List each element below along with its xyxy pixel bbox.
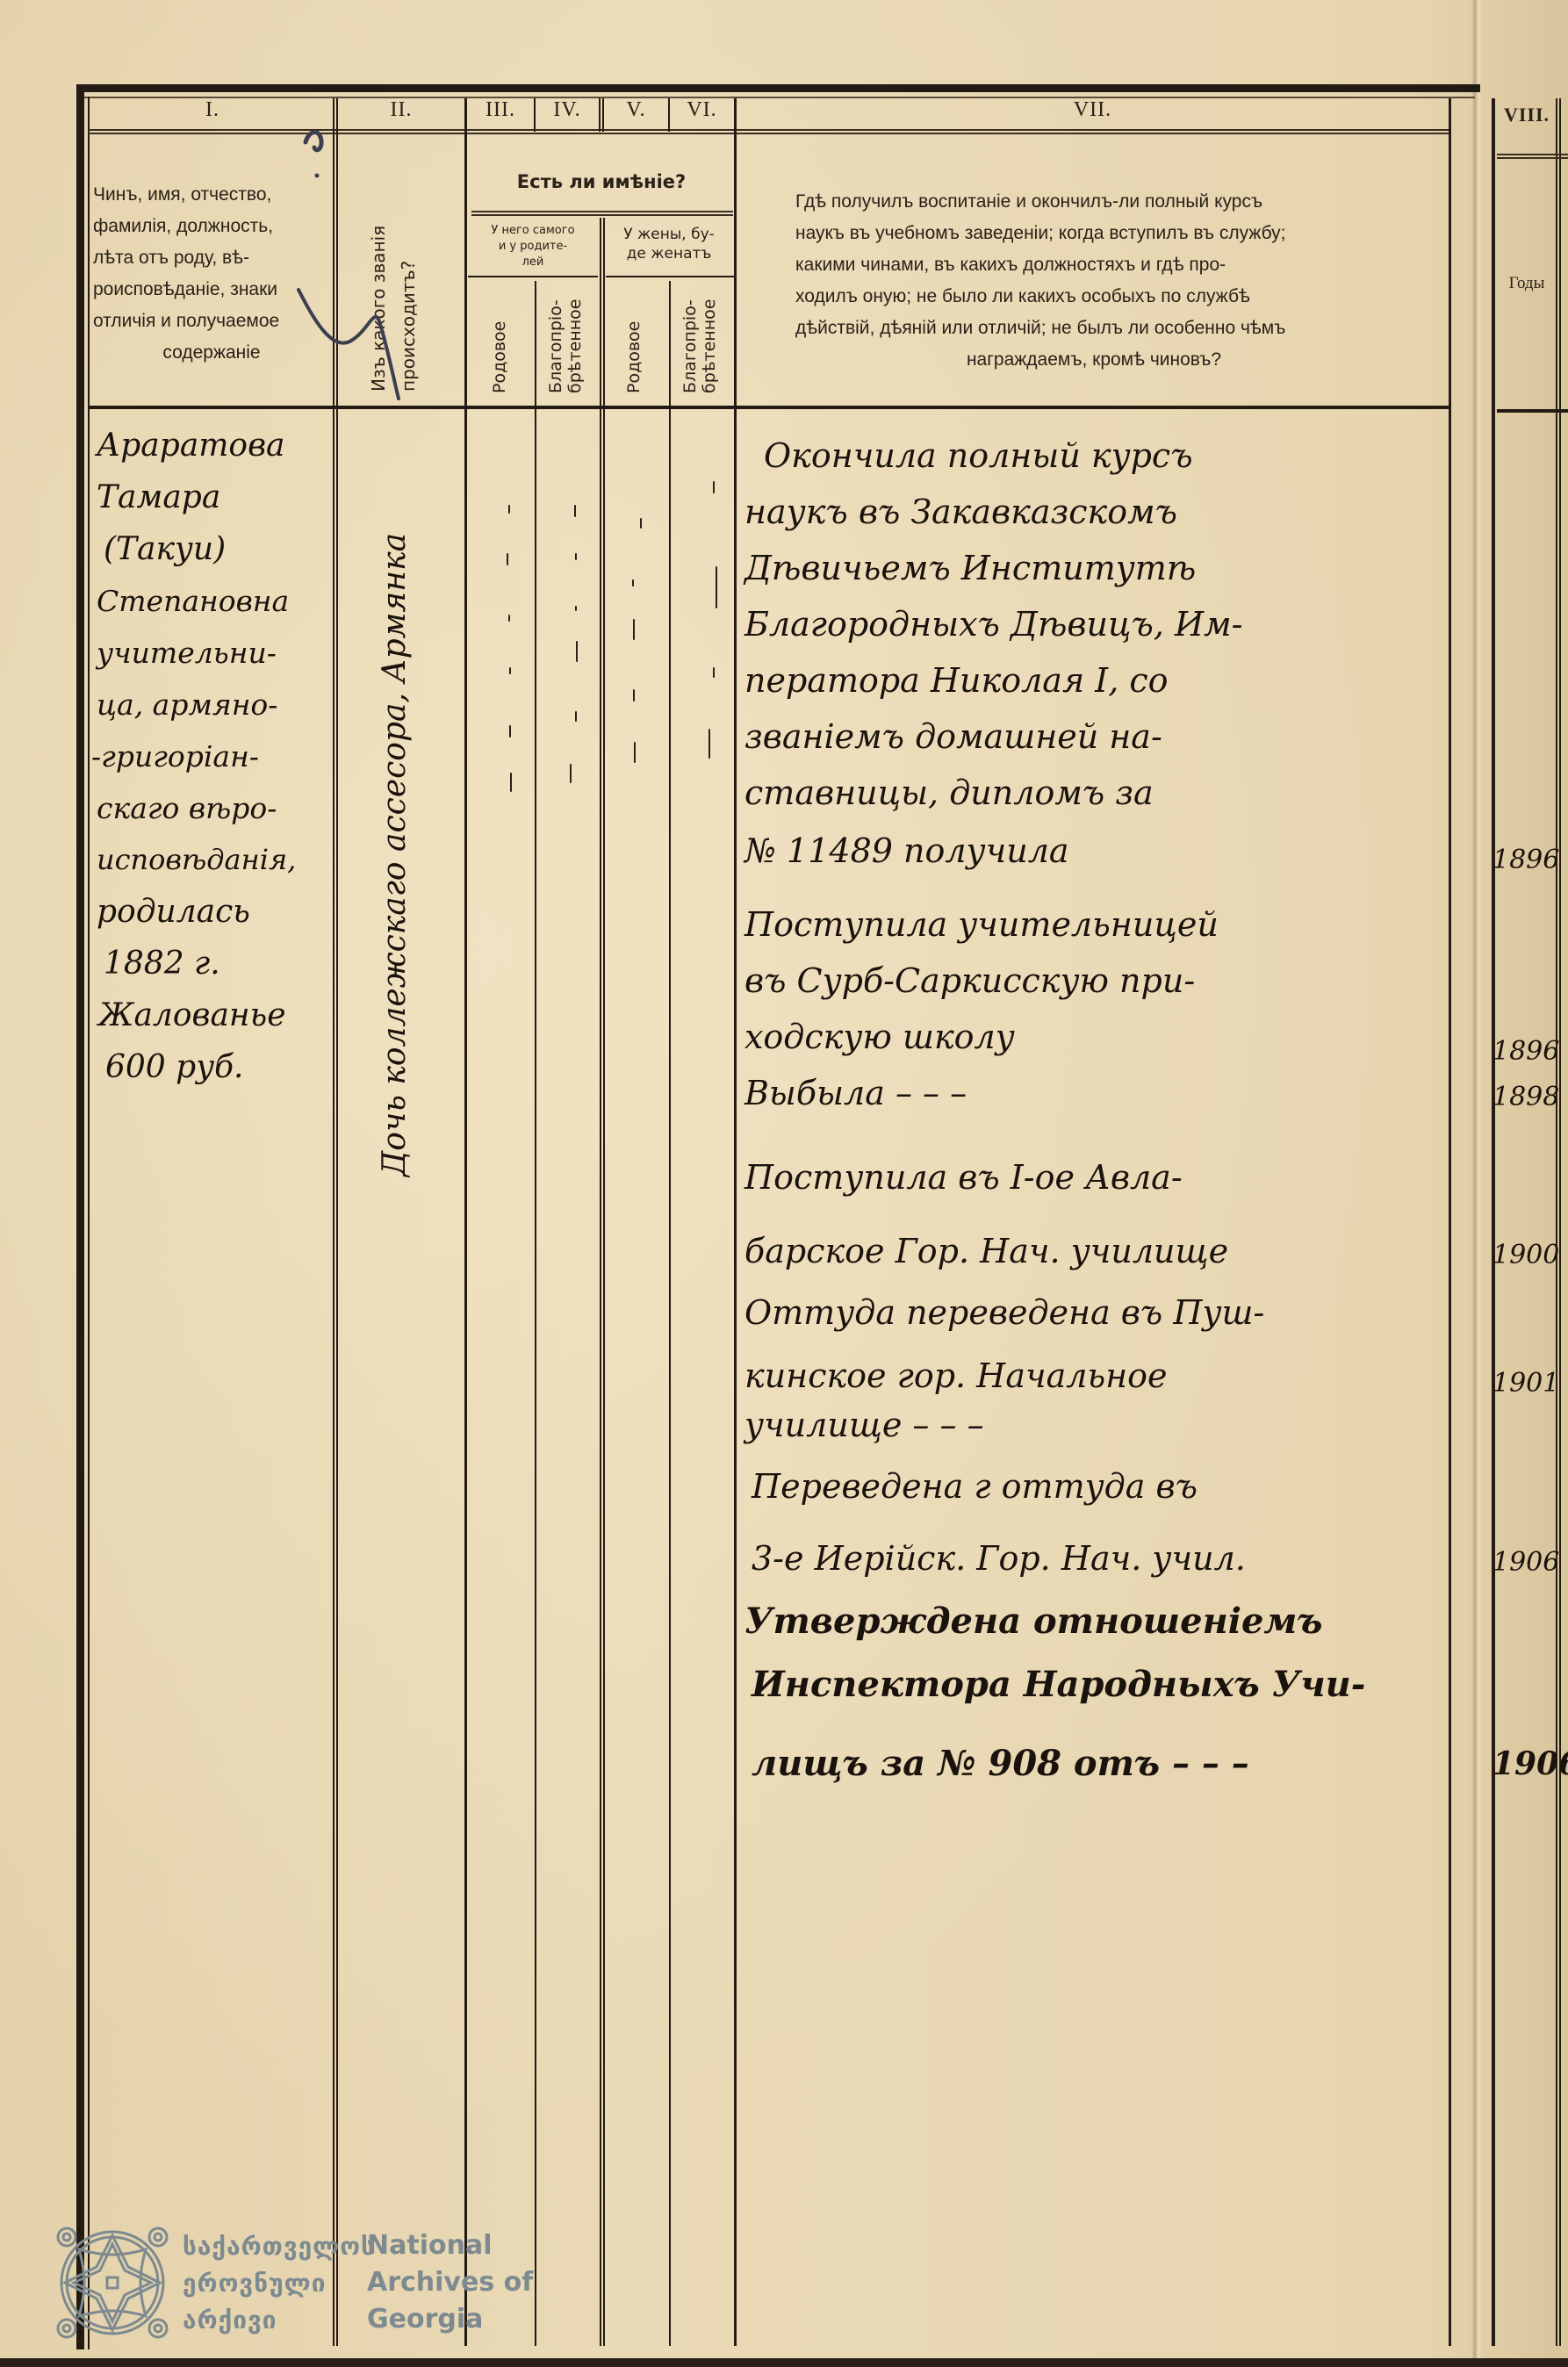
table-left-inner-rule (88, 97, 90, 2349)
own-and-parents-line: лей (468, 255, 598, 270)
col1-hand-line: 600 руб. (105, 1041, 244, 1093)
col-divider-4-5-lower (600, 218, 605, 2346)
col2-hand-origin: Дочь коллежскаго ассесора, Армянка (376, 421, 414, 1176)
page-fold (1471, 0, 1482, 2367)
wife-label: У жены, бу- де женатъ (604, 225, 734, 263)
col1-hand-line: Тамара (97, 471, 220, 523)
dash-mark (633, 689, 635, 701)
col5-header: Родовое (622, 290, 645, 393)
year-entry: 1906 (1492, 1745, 1568, 1782)
col1-hand-line: (Такуи) (104, 523, 226, 575)
col7-hand-line: 3-е Иерійск. Гор. Нач. учил. (752, 1531, 1246, 1586)
national-archives-emblem-icon (51, 2221, 174, 2344)
dash-mark (633, 619, 635, 640)
col1-hand-line: скаго вѣро- (97, 782, 277, 834)
col-divider-2-3 (464, 98, 467, 2346)
col7-hand-line: Утверждена отношеніемъ (744, 1594, 1323, 1649)
dash-mark (509, 667, 511, 674)
year-entry: 1896 г. (1492, 845, 1568, 875)
archive-georgian-line: არქივი (183, 2306, 277, 2335)
col1-hand-line: учительни- (97, 627, 277, 679)
dash-mark (708, 729, 710, 759)
dash-mark (510, 773, 512, 792)
col7-hand-line: Благородныхъ Дѣвицъ, Им- (744, 597, 1242, 651)
col-divider-1-2 (333, 98, 338, 2346)
col-divider-6-7 (734, 98, 737, 2346)
dash-mark (713, 481, 715, 493)
col1-hand-line: Степановна (97, 575, 289, 627)
property-title: Есть ли имѣніе? (470, 174, 733, 190)
col7-hand-line: Выбыла – – – (744, 1066, 967, 1120)
col8-roman-divider (1497, 154, 1568, 159)
archive-english-line: Georgia (367, 2304, 483, 2335)
col7-hand-line: Переведена г оттуда въ (752, 1459, 1198, 1514)
column-number-III: III. (467, 98, 534, 122)
property-sub-divider-own (468, 276, 598, 277)
col7-hand-line: № 11489 получила (744, 824, 1069, 878)
col7-hand-line: наукъ въ Закавказскомъ (744, 485, 1177, 539)
dash-mark (570, 764, 572, 783)
scan-bottom-edge (0, 2358, 1568, 2367)
col7-header-line: Гдѣ получилъ воспитаніе и окончилъ-ли по… (795, 186, 1392, 218)
col8-right-border (1556, 98, 1561, 2346)
col8-left-border (1492, 98, 1495, 2346)
col7-hand-line: ператора Николая I, со (744, 653, 1169, 708)
col7-header-line: какими чинами, въ какихъ должностяхъ и г… (795, 249, 1392, 281)
property-sub-divider-wife (606, 276, 734, 277)
dash-mark (508, 505, 510, 514)
dash-mark (575, 606, 577, 611)
table-top-border (76, 84, 1480, 92)
dash-mark (576, 641, 578, 662)
own-and-parents-label: У него самого и у родите- лей (468, 223, 598, 270)
col1-hand-line: исповѣданія, (97, 834, 296, 886)
col1-hand-line: родилась (97, 886, 250, 938)
year-entry: 1901 г. (1492, 1368, 1568, 1399)
col7-hand-line: лищъ за № 908 отъ – – – (752, 1737, 1249, 1791)
dash-mark (507, 553, 508, 565)
wife-line: де женатъ (604, 244, 734, 263)
column-number-IV: IV. (536, 98, 599, 122)
col1-hand-line: ца, армяно- (97, 679, 277, 730)
col1-hand-line: Араратова (97, 420, 285, 471)
col8-years-label: Годы (1497, 276, 1557, 291)
archive-georgian-line: ეროვნული (183, 2269, 327, 2298)
col7-hand-line: Окончила полный курсъ (764, 428, 1193, 483)
column-number-VII: VII. (737, 98, 1449, 122)
archive-georgian-line: საქართველოს (183, 2232, 376, 2261)
col3-header: Родовое (488, 290, 511, 393)
own-and-parents-line: и у родите- (468, 239, 598, 255)
col7-hand-line: Оттуда переведена въ Пуш- (744, 1285, 1264, 1340)
dash-mark (575, 553, 577, 560)
year-entry: 1896 г. (1492, 1036, 1568, 1067)
column-number-VIII: VIII. (1495, 104, 1558, 126)
dash-mark (634, 742, 636, 763)
dash-mark (575, 711, 577, 722)
year-entry: 1906 г. (1492, 1547, 1568, 1578)
col6-header-line: брѣтенное (700, 290, 719, 393)
dash-mark (574, 505, 576, 517)
col1-hand-line: Жалованье (98, 989, 286, 1041)
dash-mark (713, 667, 715, 678)
col7-hand-line: Поступила въ I-ое Авла- (744, 1150, 1183, 1205)
col1-hand-line: -григоріан- (91, 730, 259, 782)
col8-header-bottom (1497, 409, 1568, 413)
archive-english-line: National (367, 2230, 492, 2261)
column-number-II: II. (338, 98, 464, 122)
col4-header-line: Благопріо- (546, 290, 565, 393)
col-divider-3-4-lower (535, 281, 536, 2346)
col7-hand-line: ставницы, дипломъ за (744, 766, 1154, 820)
col4-header-line: брѣтенное (565, 290, 585, 393)
pencil-check-mark-icon (290, 123, 421, 413)
col7-hand-line: Инспектора Народныхъ Учи- (752, 1658, 1365, 1712)
dash-mark (509, 725, 511, 737)
column-number-VI: VI. (670, 98, 734, 122)
col7-hand-line: Поступила учительницей (744, 897, 1219, 952)
col7-hand-line: ходскую школу (744, 1010, 1015, 1064)
dash-mark (508, 615, 510, 622)
col7-header-line: дѣйствій, дѣяній или отличій; не былъ ли… (795, 313, 1392, 344)
col6-header-line: Благопріо- (680, 290, 700, 393)
wife-line: У жены, бу- (604, 225, 734, 244)
column-number-V: V. (604, 98, 668, 122)
property-title-divider (471, 211, 733, 216)
dash-mark (640, 518, 642, 529)
col7-hand-line: Дѣвичьемъ Институтѣ (744, 541, 1196, 595)
table-right-border (1449, 98, 1451, 2346)
table-left-border (76, 84, 84, 2349)
col7-header-line: наукъ въ учебномъ заведеніи; когда вступ… (795, 218, 1392, 249)
col7-hand-line: кинское гор. Начальное (744, 1349, 1168, 1403)
col7-hand-line: званіемъ домашней на- (744, 709, 1162, 764)
col7-hand-line: училище – – – (744, 1398, 984, 1452)
column-number-I: I. (92, 98, 333, 122)
year-entry: 1900 г. (1492, 1240, 1568, 1270)
col1-hand-line: 1882 г. (104, 938, 220, 989)
year-entry: 1898 г. (1492, 1082, 1568, 1112)
col7-hand-line: въ Сурб-Саркисскую при- (744, 953, 1195, 1008)
dash-mark (632, 579, 634, 586)
archive-english-line: Archives of (367, 2267, 533, 2298)
col7-hand-line: барское Гор. Нач. училище (744, 1224, 1228, 1278)
own-and-parents-line: У него самого (468, 223, 598, 239)
col-divider-5-6-lower (669, 281, 671, 2346)
col7-header-line: ходилъ оную; не было ли какихъ особыхъ п… (795, 281, 1392, 313)
col7-header-line: награждаемъ, кромѣ чиновъ? (795, 344, 1392, 376)
dash-mark (716, 566, 717, 608)
